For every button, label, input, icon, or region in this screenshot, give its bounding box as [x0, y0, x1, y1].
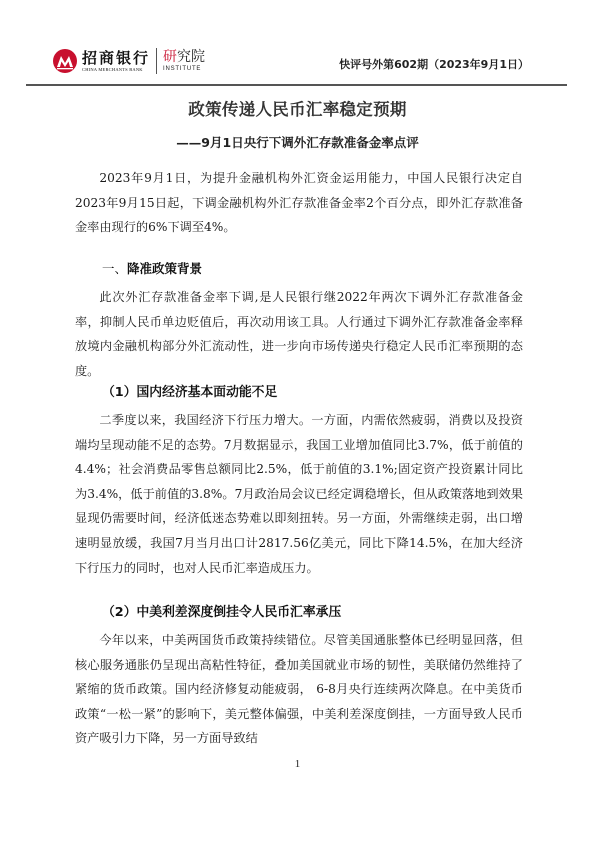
subsection-2-paragraph: 今年以来，中美两国货币政策持续错位。尽管美国通胀整体已经明显回落，但核心服务通胀… — [75, 628, 523, 751]
section-number: 一、 — [102, 261, 127, 276]
bank-name-cn: 招商银行 — [82, 50, 150, 67]
institute-logo: 研究院 INSTITUTE — [163, 49, 205, 73]
page-header: 招商银行 CHINA MERCHANTS BANK 研究院 INSTITUTE … — [0, 0, 595, 90]
logo-divider — [156, 48, 157, 74]
header-rule — [26, 84, 567, 86]
bank-name-en: CHINA MERCHANTS BANK — [82, 67, 150, 73]
subsection-heading-2: （2）中美利差深度倒挂令人民币汇率承压 — [102, 601, 341, 620]
section-1-paragraph: 此次外汇存款准备金率下调,是人民银行继2022年两次下调外汇存款准备金率，抑制人… — [75, 285, 523, 383]
document-subtitle: ——9月1日央行下调外汇存款准备金率点评 — [0, 133, 595, 151]
subsection-1-paragraph: 二季度以来，我国经济下行压力增大。一方面，内需依然疲弱，消费以及投资端均呈现动能… — [75, 408, 523, 580]
section-heading-1: 一、降准政策背景 — [102, 259, 202, 277]
institute-cn-first: 研 — [163, 49, 177, 65]
subsection-heading-1: （1）国内经济基本面动能不足 — [102, 381, 277, 400]
document-title: 政策传递人民币汇率稳定预期 — [0, 96, 595, 120]
section-title: 降准政策背景 — [127, 261, 202, 276]
institute-en: INSTITUTE — [163, 66, 205, 73]
page-number: 1 — [0, 758, 595, 770]
issue-label: 快评号外第602期（2023年9月1日） — [339, 56, 529, 72]
intro-paragraph: 2023年9月1日，为提升金融机构外汇资金运用能力，中国人民银行决定自2023年… — [75, 166, 523, 240]
cmb-logo: 招商银行 CHINA MERCHANTS BANK 研究院 INSTITUTE — [53, 48, 205, 74]
institute-cn-rest: 究院 — [177, 49, 205, 65]
cmb-logo-icon — [53, 49, 77, 73]
